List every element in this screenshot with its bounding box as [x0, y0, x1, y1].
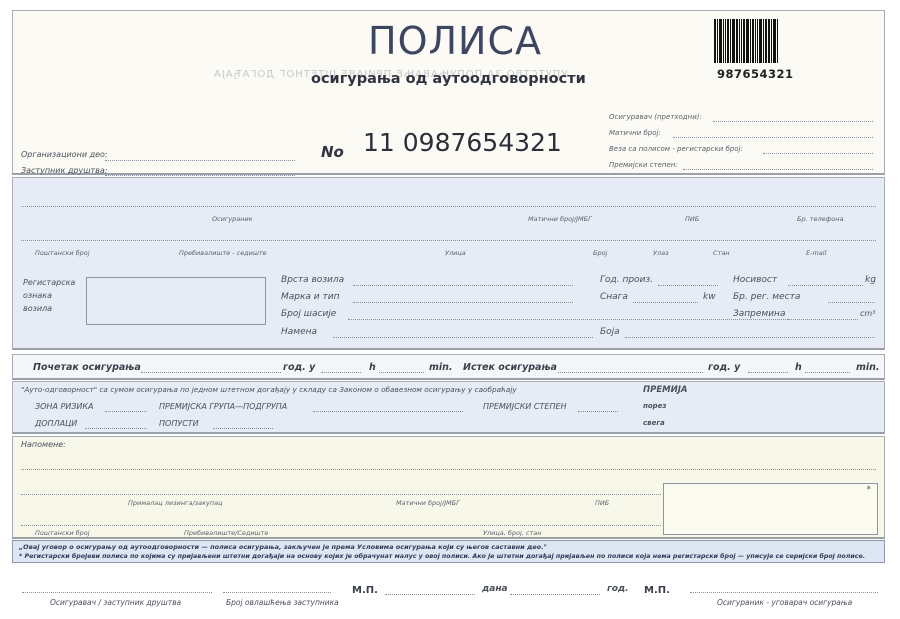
discount-label: ПОПУСТИ [159, 419, 199, 428]
agent-field[interactable] [105, 175, 295, 176]
insured-line[interactable] [21, 206, 876, 207]
lessee-line[interactable] [21, 494, 661, 495]
premium-degree-field[interactable] [683, 169, 873, 170]
zone-field[interactable] [105, 411, 147, 412]
notes-label: Напомене: [21, 440, 66, 449]
org-unit-field[interactable] [105, 160, 295, 161]
group-field[interactable] [313, 411, 463, 412]
entrance-label: Улаз [653, 249, 669, 257]
policyholder-signature-label: Осигураник - уговарач осигурања [717, 598, 852, 607]
policy-header: УПУТСТВО ЗА ПОПУЊАВАЊЕ ПРИЈАВЕ ШТЕТНОГ Д… [12, 10, 885, 175]
start-hour-field[interactable] [321, 372, 361, 373]
insured-phone-label: Бр. телефона [797, 215, 843, 223]
start-minute-unit: min. [429, 362, 453, 373]
start-minute-field[interactable] [379, 372, 424, 373]
color-label: Боја [600, 327, 620, 337]
house-number-label: Број [593, 249, 607, 257]
chassis-label: Број шасије [281, 309, 336, 319]
insured-label: Осигураник [212, 215, 253, 223]
insurance-policy-form: УПУТСТВО ЗА ПОПУЊАВАЊЕ ПРИЈАВЕ ШТЕТНОГ Д… [12, 10, 885, 563]
street-label: Улица [445, 249, 466, 257]
residence-label: Пребивалиште - седиште [179, 249, 267, 257]
end-label: Истек осигурања [463, 362, 557, 373]
end-hour-unit: h [795, 362, 802, 373]
policy-number: 11 0987654321 [363, 128, 562, 157]
total-label: свега [643, 419, 665, 427]
policy-link-label: Веза са полисом - регистарски број: [609, 145, 743, 153]
lessee-street-label: Улица, број, стан [483, 529, 542, 537]
stamp-mark: * [867, 485, 872, 495]
stamp-place-1: М.П. [352, 585, 378, 596]
coverage-section: "Ауто-одговорност" са сумом осигурања по… [12, 381, 885, 434]
legal-line-2: * Регистарски бројеви полиса по којима с… [19, 553, 865, 560]
power-field[interactable] [633, 302, 698, 303]
apartment-label: Стан [713, 249, 730, 257]
license-number-field[interactable] [223, 592, 331, 593]
capacity-unit: kg [865, 275, 876, 285]
policy-title: ПОЛИСА [368, 19, 542, 63]
agent-label: Заступник друштва: [21, 166, 108, 175]
policy-link-field[interactable] [763, 153, 873, 154]
plate-label-2: ознака [23, 291, 52, 300]
make-label: Марка и тип [281, 292, 340, 302]
capacity-field[interactable] [788, 285, 863, 286]
barcode-number: 987654321 [717, 67, 794, 81]
lessee-pib-label: ПИБ [595, 499, 609, 507]
lessee-residence-label: Пребивалиште/Седиште [184, 529, 268, 537]
group-label: ПРЕМИЈСКА ГРУПА—ПОДГРУПА [159, 402, 287, 411]
insured-vehicle-section: Осигураник Матични број/ЈМБГ ПИБ Бр. тел… [12, 177, 885, 350]
date-field[interactable] [510, 594, 600, 595]
day-label: дана [482, 584, 508, 594]
reg-number-field[interactable] [673, 137, 873, 138]
address-line[interactable] [21, 240, 876, 241]
insurer-signature-label: Осигуравач / заступник друштва [50, 598, 181, 607]
plate-label-3: возила [23, 304, 52, 313]
start-hour-unit: h [369, 362, 376, 373]
purpose-label: Намена [281, 327, 317, 337]
barcode-icon [714, 19, 795, 63]
end-minute-field[interactable] [805, 372, 850, 373]
place-field[interactable] [385, 594, 475, 595]
license-number-label: Број овлашћења заступника [226, 598, 339, 607]
make-field[interactable] [353, 302, 573, 303]
insured-pib-label: ПИБ [685, 215, 699, 223]
end-minute-unit: min. [856, 362, 880, 373]
seats-field[interactable] [828, 302, 875, 303]
year-label: Год. произ. [600, 275, 653, 285]
start-label: Почетак осигурања [33, 362, 141, 373]
seats-label: Бр. рег. места [733, 292, 800, 302]
lessee-label: Прималац лизинга/закупац [128, 499, 223, 507]
start-date-field[interactable] [141, 372, 281, 373]
insurer-signature-field[interactable] [22, 592, 212, 593]
prev-insurer-field[interactable] [713, 121, 873, 122]
policy-number-label: No [321, 143, 344, 161]
policy-subtitle: осигурања од аутоодговорности [311, 71, 586, 87]
plate-label-1: Регистарска [23, 278, 75, 287]
insurance-period-section: Почетак осигурања год. у h min. Истек ос… [12, 354, 885, 380]
policyholder-signature-field[interactable] [690, 592, 878, 593]
chassis-field[interactable] [348, 319, 788, 320]
premium-label: ПРЕМИЈА [643, 385, 687, 395]
premium-degree-label: Премијски степен: [609, 161, 678, 169]
power-unit: kw [703, 292, 716, 302]
lessee-postal-label: Поштански број [35, 529, 90, 537]
end-year-at: год. у [708, 362, 740, 373]
volume-field[interactable] [788, 319, 858, 320]
coverage-intro: "Ауто-одговорност" са сумом осигурања по… [21, 385, 621, 394]
org-unit-label: Организациони део: [21, 150, 108, 159]
surcharge-field[interactable] [85, 428, 147, 429]
tax-label: порез [643, 402, 666, 410]
year-field[interactable] [658, 285, 718, 286]
volume-unit: cm³ [860, 309, 875, 318]
start-year-at: год. у [283, 362, 315, 373]
lessee-address-line[interactable] [21, 525, 661, 526]
legal-notice: „Овај уговор о осигурању од аутоодговорн… [12, 540, 885, 563]
stamp-box[interactable]: * [663, 483, 878, 535]
zone-label: ЗОНА РИЗИКА [35, 402, 94, 411]
purpose-field[interactable] [333, 337, 593, 338]
volume-label: Запремина [733, 309, 785, 319]
color-field[interactable] [625, 337, 875, 338]
plate-box[interactable] [86, 277, 266, 325]
surcharge-label: ДОПЛАЦИ [35, 419, 77, 428]
legal-line-1: „Овај уговор о осигурању од аутоодговорн… [19, 543, 547, 551]
discount-field[interactable] [213, 428, 273, 429]
lessee-reg-jmbg-label: Матични број/ЈМБГ [396, 499, 460, 507]
degree-field[interactable] [578, 411, 618, 412]
prev-insurer-label: Осигуравач (претходни): [609, 113, 702, 121]
power-label: Снага [600, 292, 628, 302]
vehicle-type-field[interactable] [353, 285, 573, 286]
notes-line[interactable] [21, 469, 876, 470]
reg-number-label: Матични број: [609, 129, 661, 137]
capacity-label: Носивост [733, 275, 777, 285]
end-date-field[interactable] [558, 372, 703, 373]
notes-section: Напомене: Прималац лизинга/закупац Матич… [12, 436, 885, 539]
postal-label: Поштански број [35, 249, 90, 257]
stamp-place-2: М.П. [644, 585, 670, 596]
end-hour-field[interactable] [748, 372, 788, 373]
insured-reg-jmbg-label: Матични број/ЈМБГ [528, 215, 592, 223]
year-label: год. [607, 584, 629, 594]
email-label: E-mail [806, 249, 826, 257]
degree-label: ПРЕМИЈСКИ СТЕПЕН [483, 402, 567, 411]
vehicle-type-label: Врста возила [281, 275, 344, 285]
